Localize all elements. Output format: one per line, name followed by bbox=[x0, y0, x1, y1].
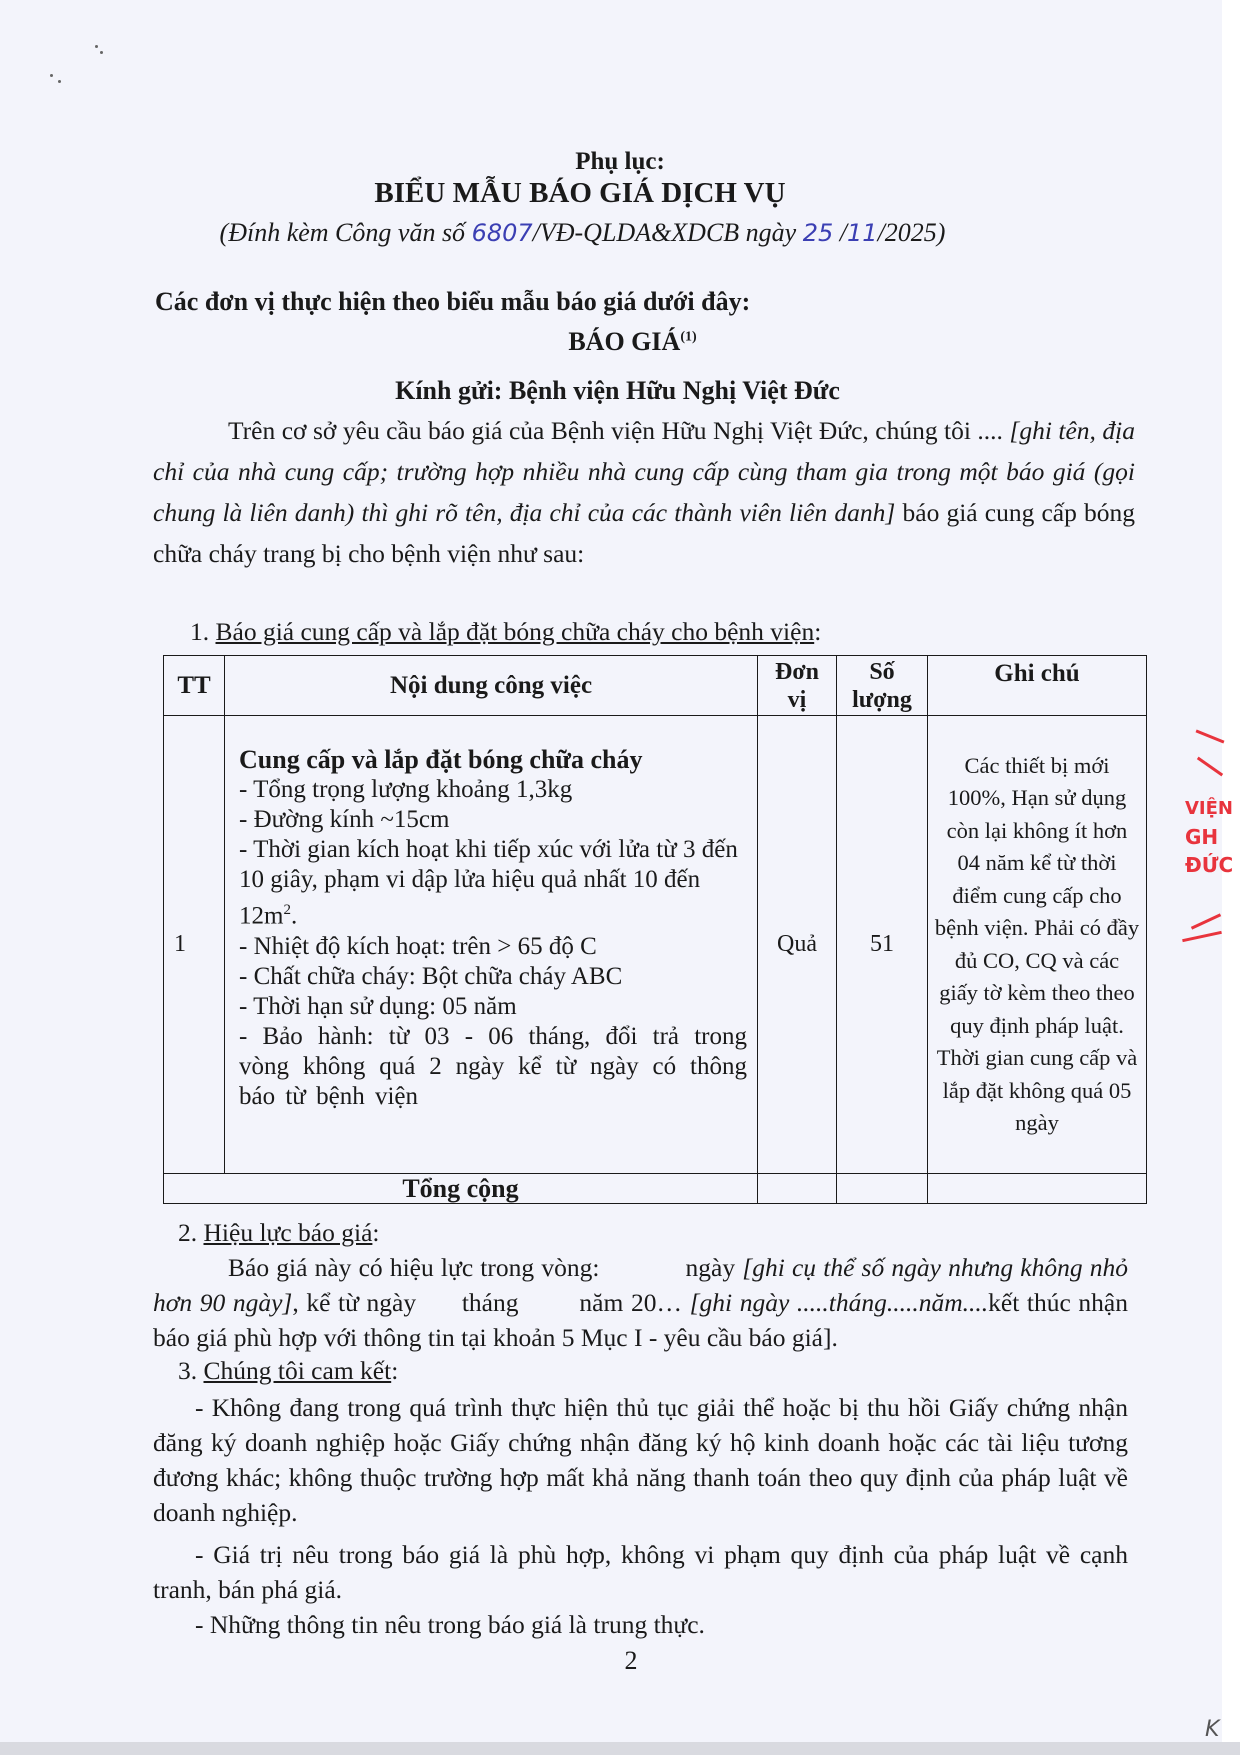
row-quantity: 51 bbox=[837, 716, 928, 1174]
section3-heading: 3. Chúng tôi cam kết: bbox=[178, 1356, 398, 1386]
addressee: Kính gửi: Bệnh viện Hữu Nghị Việt Đức bbox=[0, 376, 1235, 406]
section2-heading: 2. Hiệu lực báo giá: bbox=[178, 1218, 379, 1248]
content-item: - Tổng trọng lượng khoảng 1,3kg bbox=[239, 775, 747, 805]
validity-text-2: , kể từ ngày tháng năm 20… bbox=[292, 1288, 689, 1317]
attachment-prefix: (Đính kèm Công văn số bbox=[220, 218, 472, 247]
total-label: Tổng cộng bbox=[164, 1174, 758, 1204]
table-header-row: TT Nội dung công việc Đơn vị Số lượng Gh… bbox=[164, 656, 1147, 716]
commitment-item: - Những thông tin nêu trong báo giá là t… bbox=[153, 1607, 1128, 1642]
section2-colon: : bbox=[372, 1218, 379, 1247]
doc-code: /VĐ-QLDA&XDCB ngày bbox=[533, 218, 803, 247]
content-item: - Chất chữa cháy: Bột chữa cháy ABC bbox=[239, 962, 747, 992]
validity-text-1: Báo giá này có hiệu lực trong vòng: ngày bbox=[228, 1253, 742, 1282]
section3-title: Chúng tôi cam kết bbox=[204, 1356, 392, 1385]
area-suffix: . bbox=[291, 903, 297, 930]
scan-speck bbox=[95, 45, 98, 48]
section3-number: 3. bbox=[178, 1356, 204, 1385]
header-unit-text: Đơn vị bbox=[767, 658, 827, 714]
stamp-text: VIỆN GH ĐỨC bbox=[1185, 795, 1233, 879]
month-handwritten: 11 bbox=[847, 219, 878, 247]
quote-table: TT Nội dung công việc Đơn vị Số lượng Gh… bbox=[163, 655, 1147, 1204]
header-note: Ghi chú bbox=[928, 656, 1147, 716]
stamp-line: ĐỨC bbox=[1185, 851, 1233, 879]
header-tt: TT bbox=[164, 656, 225, 716]
section1-title: Báo giá cung cấp và lắp đặt bóng chữa ch… bbox=[216, 617, 815, 646]
header-content: Nội dung công việc bbox=[225, 656, 758, 716]
section1-colon: : bbox=[814, 617, 821, 646]
quote-title-footnote: (1) bbox=[680, 329, 696, 344]
table-total-row: Tổng cộng bbox=[164, 1174, 1147, 1204]
intro-text-1: Trên cơ sở yêu cầu báo giá của Bệnh viện… bbox=[228, 416, 1009, 445]
stamp-line: VIỆN bbox=[1185, 795, 1233, 823]
page-title: BIỂU MẪU BÁO GIÁ DỊCH VỤ bbox=[0, 177, 1160, 210]
scan-speck bbox=[50, 74, 53, 77]
section3-colon: : bbox=[391, 1356, 398, 1385]
total-unit bbox=[758, 1174, 837, 1204]
total-note bbox=[928, 1174, 1147, 1204]
intro-paragraph: Trên cơ sở yêu cầu báo giá của Bệnh viện… bbox=[153, 410, 1135, 574]
attachment-reference: (Đính kèm Công văn số 6807/VĐ-QLDA&XDCB … bbox=[0, 218, 1165, 248]
quote-title-text: BÁO GIÁ bbox=[568, 327, 680, 356]
content-item: - Thời gian kích hoạt khi tiếp xúc với l… bbox=[239, 835, 747, 931]
appendix-label: Phụ lục: bbox=[0, 148, 1240, 176]
stamp-line: GH bbox=[1185, 823, 1233, 851]
intro-heading: Các đơn vị thực hiện theo biểu mẫu báo g… bbox=[155, 287, 750, 317]
area-superscript: 2 bbox=[283, 902, 291, 918]
validity-paragraph: Báo giá này có hiệu lực trong vòng: ngày… bbox=[153, 1250, 1128, 1355]
section2-number: 2. bbox=[178, 1218, 204, 1247]
header-quantity-text: Số lượng bbox=[847, 658, 917, 714]
day-handwritten: 25 bbox=[803, 219, 834, 247]
section2-title: Hiệu lực báo giá bbox=[204, 1218, 373, 1247]
scan-speck bbox=[100, 51, 103, 54]
content-item: - Đường kính ~15cm bbox=[239, 805, 747, 835]
row-note: Các thiết bị mới 100%, Hạn sử dụng còn l… bbox=[928, 716, 1147, 1174]
table-row: 1 Cung cấp và lắp đặt bóng chữa cháy - T… bbox=[164, 716, 1147, 1174]
page-number: 2 bbox=[0, 1646, 1240, 1676]
section1-heading: 1. Báo giá cung cấp và lắp đặt bóng chữa… bbox=[190, 617, 821, 647]
doc-number-handwritten: 6807 bbox=[472, 219, 533, 247]
content-spacer bbox=[239, 1112, 747, 1144]
content-item-text: - Thời gian kích hoạt khi tiếp xúc với l… bbox=[239, 836, 738, 929]
commitment-item: - Không đang trong quá trình thực hiện t… bbox=[153, 1390, 1128, 1530]
total-quantity bbox=[837, 1174, 928, 1204]
content-item: - Nhiệt độ kích hoạt: trên > 65 độ C bbox=[239, 932, 747, 962]
date-separator: / bbox=[833, 218, 847, 247]
header-unit: Đơn vị bbox=[758, 656, 837, 716]
commitment-item: - Giá trị nêu trong báo giá là phù hợp, … bbox=[153, 1537, 1128, 1607]
year-suffix: /2025) bbox=[878, 218, 946, 247]
scan-edge bbox=[0, 1742, 1240, 1755]
content-item: - Bảo hành: từ 03 - 06 tháng, đổi trả tr… bbox=[239, 1022, 747, 1112]
row-content: Cung cấp và lắp đặt bóng chữa cháy - Tổn… bbox=[225, 716, 758, 1174]
row-tt: 1 bbox=[164, 716, 225, 1174]
row-content-title: Cung cấp và lắp đặt bóng chữa cháy bbox=[239, 745, 747, 775]
validity-placeholder-2: [ghi ngày .....tháng.....năm.... bbox=[690, 1288, 989, 1317]
scan-speck bbox=[58, 80, 61, 83]
header-quantity: Số lượng bbox=[837, 656, 928, 716]
initials-handwritten: K bbox=[1205, 1717, 1219, 1742]
section1-number: 1. bbox=[190, 617, 216, 646]
row-unit: Quả bbox=[758, 716, 837, 1174]
quote-title: BÁO GIÁ(1) bbox=[0, 327, 1240, 357]
content-item: - Thời hạn sử dụng: 05 năm bbox=[239, 992, 747, 1022]
